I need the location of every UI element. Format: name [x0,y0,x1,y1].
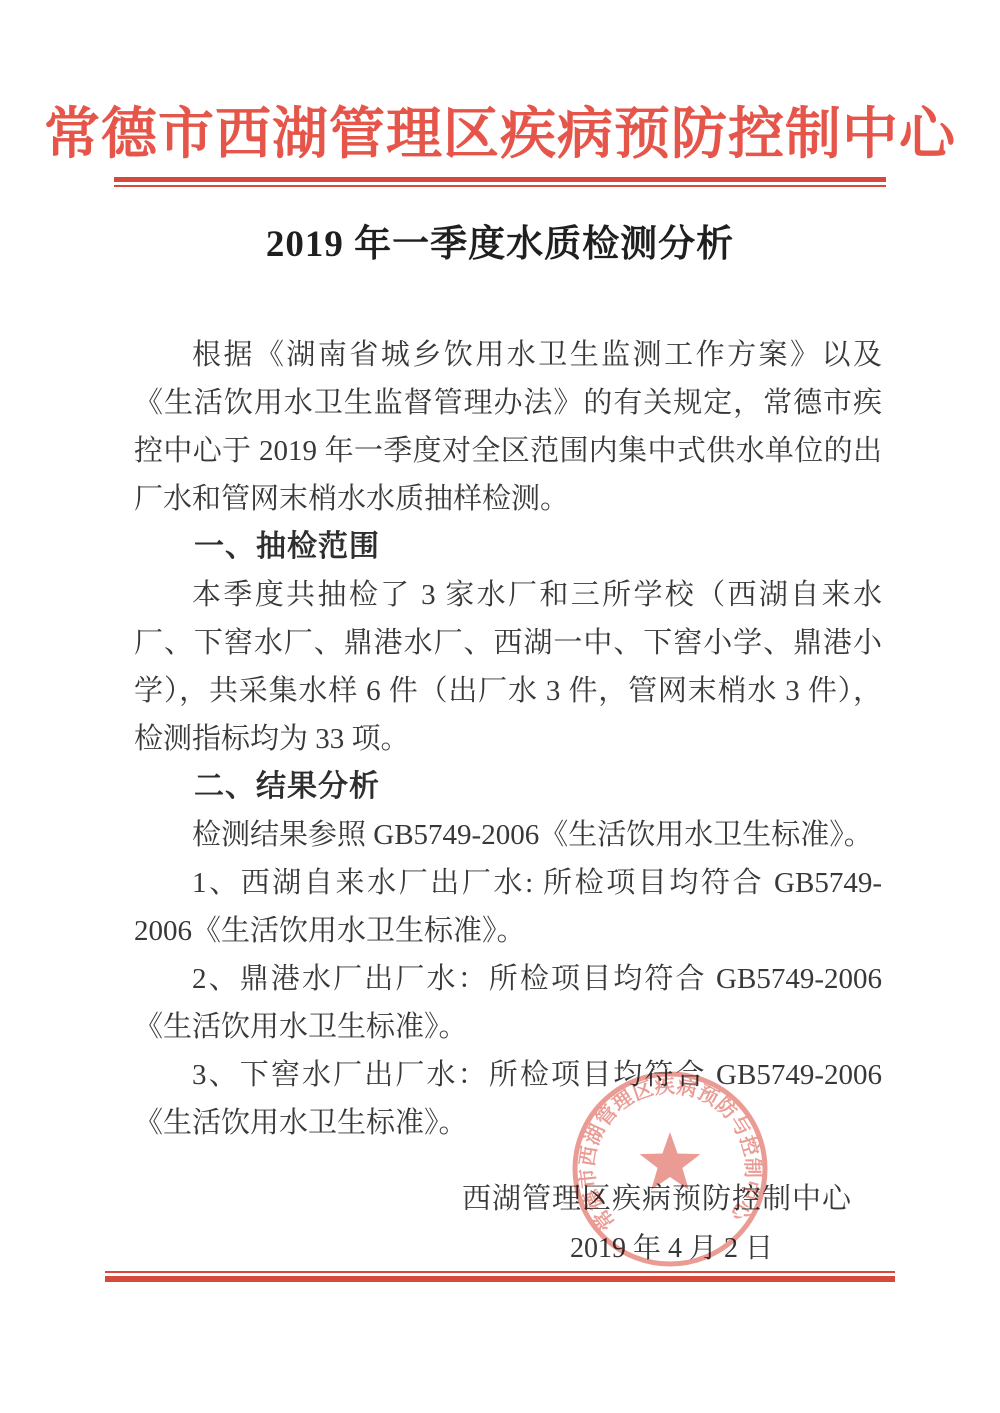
signature-org: 西湖管理区疾病预防控制中心 [462,1176,852,1217]
section-2-intro: 检测结果参照 GB5749-2006《生活饮用水卫生标准》。 [134,811,882,859]
document-title: 2019 年一季度水质检测分析 [0,213,1000,267]
result-item-2: 2、鼎港水厂出厂水：所检项目均符合 GB5749-2006 《生活饮用水卫生标准… [134,955,882,1051]
section-1-paragraph: 本季度共抽检了 3 家水厂和三所学校（西湖自来水厂、下窖水厂、鼎港水厂、西湖一中… [134,571,882,763]
letterhead-double-rule [114,177,886,187]
section-2-heading: 二、结果分析 [134,763,882,811]
intro-paragraph: 根据《湖南省城乡饮用水卫生监测工作方案》以及《生活饮用水卫生监督管理办法》的有关… [134,331,882,523]
footer-double-rule [105,1271,895,1282]
result-item-3: 3、下窖水厂出厂水：所检项目均符合 GB5749-2006 《生活饮用水卫生标准… [134,1051,882,1147]
result-item-1: 1、西湖自来水厂出厂水: 所检项目均符合 GB5749-2006《生活饮用水卫生… [134,859,882,955]
signature-date: 2019 年 4 月 2 日 [570,1226,773,1266]
document-page: 常德市西湖管理区疾病预防控制中心 2019 年一季度水质检测分析 根据《湖南省城… [0,0,1000,1413]
section-1-heading: 一、抽检范围 [134,523,882,571]
letterhead-org-title: 常德市西湖管理区疾病预防控制中心 [0,0,1000,169]
document-body: 根据《湖南省城乡饮用水卫生监测工作方案》以及《生活饮用水卫生监督管理办法》的有关… [134,331,882,1147]
